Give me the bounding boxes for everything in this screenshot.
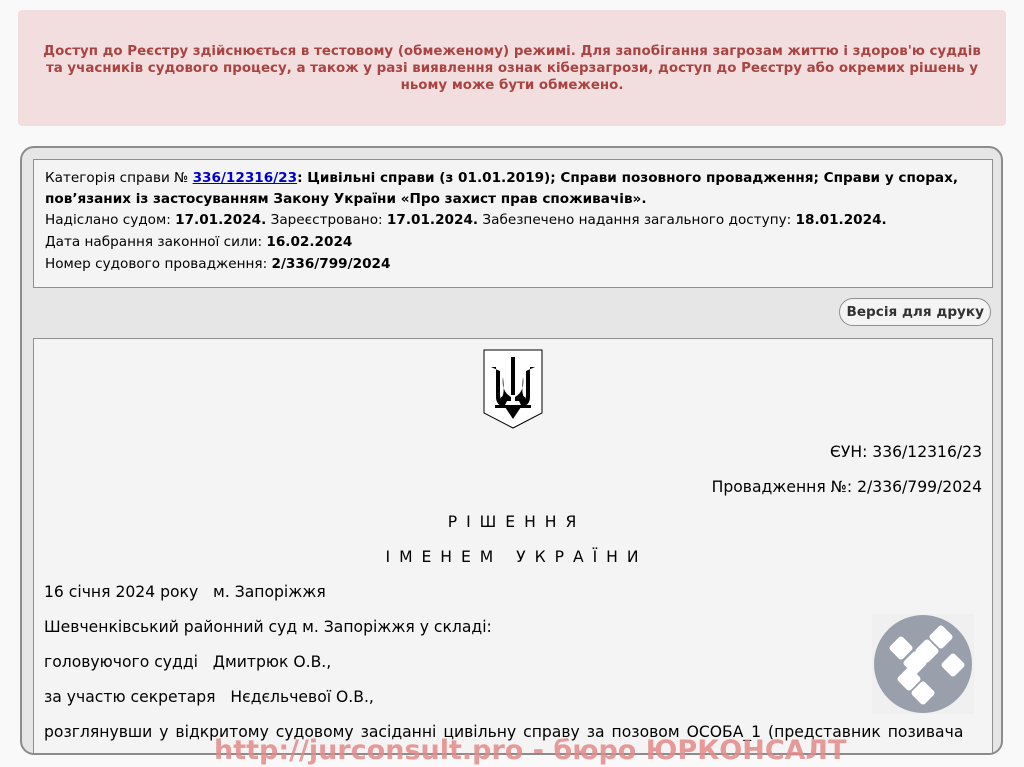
court-line: Шевченківський районний суд м. Запоріжжя… — [44, 618, 982, 636]
decision-document: ЄУН: 336/12316/23 Провадження №: 2/336/7… — [33, 338, 993, 755]
proceeding-number: 2/336/799/2024 — [272, 256, 391, 272]
case-info-panel: Категорія справи № 336/12316/23: Цивільн… — [33, 159, 993, 288]
proceeding-label: Номер судового провадження: — [45, 256, 272, 272]
registered-label: Зареєстровано: — [266, 212, 387, 228]
proceeding-line: Провадження №: 2/336/799/2024 — [44, 478, 982, 496]
access-warning-text: Доступ до Реєстру здійснюється в тестово… — [36, 43, 988, 94]
effective-date: 16.02.2024 — [266, 234, 352, 250]
decision-subtitle: І М Е Н Е М У К Р А Ї Н И — [44, 548, 982, 566]
watermark-text: http://jurconsult.pro - бюро ЮРКОНСАЛТ — [214, 734, 846, 767]
effective-label: Дата набрання законної сили: — [45, 234, 266, 250]
sent-label: Надіслано судом: — [45, 212, 175, 228]
proceeding-row: Номер судового провадження: 2/336/799/20… — [45, 254, 981, 275]
decision-container: Категорія справи № 336/12316/23: Цивільн… — [20, 146, 1003, 755]
sent-date: 17.01.2024. — [175, 212, 266, 228]
access-label: Забезпечено надання загального доступу: — [478, 212, 795, 228]
access-warning-banner: Доступ до Реєстру здійснюється в тестово… — [18, 10, 1006, 126]
access-date: 18.01.2024. — [796, 212, 887, 228]
decision-title: Р І Ш Е Н Н Я — [44, 513, 982, 531]
registered-date: 17.01.2024. — [387, 212, 478, 228]
date-place-line: 16 січня 2024 року м. Запоріжжя — [44, 583, 982, 601]
secretary-line: за участю секретаря Нєдєльчевої О.В., — [44, 688, 982, 706]
puzzle-logo-icon — [872, 614, 974, 714]
ukraine-emblem-icon — [483, 349, 543, 429]
judge-line: головуючого судді Дмитрюк О.В., — [44, 653, 982, 671]
effective-date-row: Дата набрання законної сили: 16.02.2024 — [45, 232, 981, 253]
case-category: Категорія справи № 336/12316/23: Цивільн… — [45, 168, 981, 210]
case-number-link[interactable]: 336/12316/23 — [193, 170, 298, 186]
case-dates: Надіслано судом: 17.01.2024. Зареєстрова… — [45, 210, 981, 231]
eun-line: ЄУН: 336/12316/23 — [44, 443, 982, 461]
category-label: Категорія справи № — [45, 170, 193, 186]
print-version-button[interactable]: Версія для друку — [839, 298, 991, 326]
floating-logo-badge[interactable] — [872, 614, 974, 714]
